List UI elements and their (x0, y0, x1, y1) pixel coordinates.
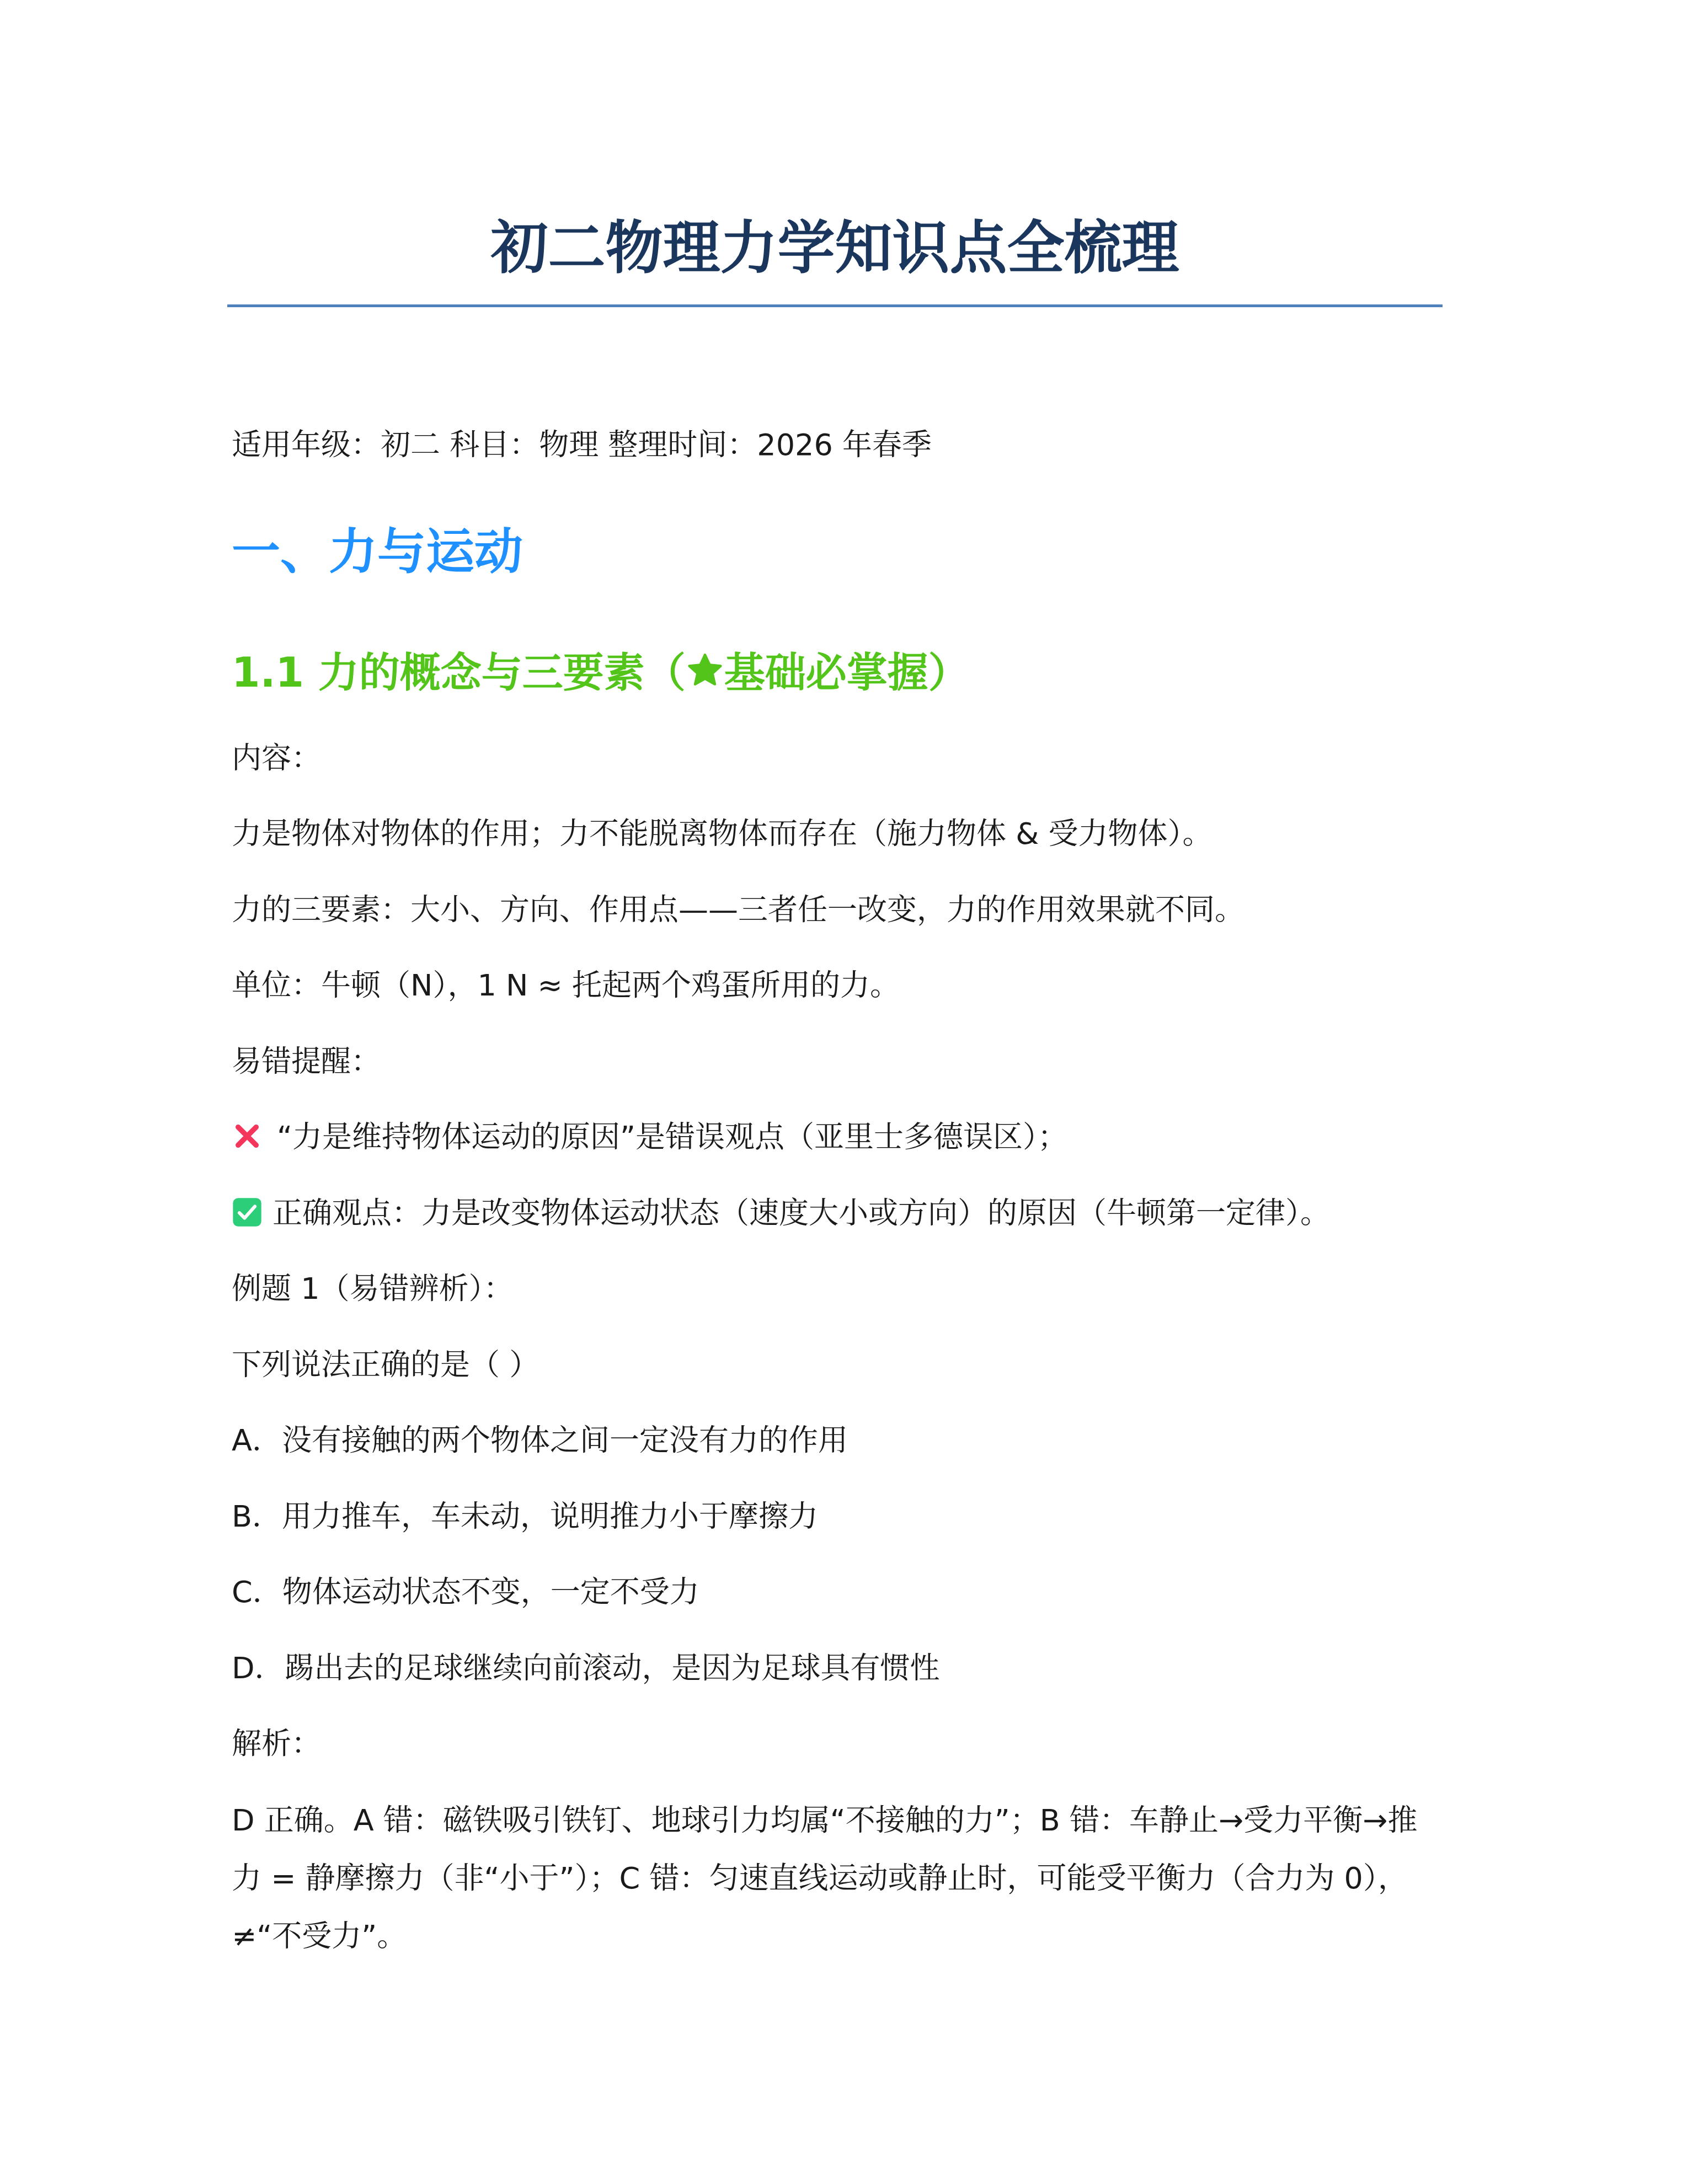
check-mark-icon (232, 1197, 263, 1237)
example-label: 例题 1（易错辨析）： (232, 1270, 514, 1308)
content-line: 力是物体对物体的作用；力不能脱离物体而存在（施力物体 & 受力物体）。 (232, 815, 1212, 853)
subsection-heading-suffix: 基础必掌握） (724, 649, 969, 697)
example-option-d: D．踢出去的足球继续向前滚动，是因为足球具有惯性 (232, 1649, 940, 1688)
subsection-heading: 1.1 力的概念与三要素（基础必掌握） (232, 645, 969, 704)
analysis-text: D 正确。A 错：磁铁吸引铁钉、地球引力均属“不接触的力”；B 错：车静止→受力… (232, 1791, 1445, 1965)
title-divider (227, 304, 1443, 307)
section-heading: 一、力与运动 (232, 521, 523, 582)
mistake-item: “力是维持物体运动的原因”是错误观点（亚里士多德误区）； (232, 1118, 1067, 1161)
correct-text: 正确观点：力是改变物体运动状态（速度大小或方向）的原因（牛顿第一定律）。 (273, 1196, 1330, 1230)
star-icon (686, 649, 724, 704)
example-question: 下列说法正确的是（ ） (232, 1346, 539, 1384)
example-option-a: A．没有接触的两个物体之间一定没有力的作用 (232, 1421, 848, 1460)
example-option-c: C．物体运动状态不变，一定不受力 (232, 1573, 699, 1612)
content-line: 单位：牛顿（N），1 N ≈ 托起两个鸡蛋所用的力。 (232, 966, 900, 1005)
subsection-heading-prefix: 1.1 力的概念与三要素（ (232, 649, 686, 697)
document-meta: 适用年级：初二 科目：物理 整理时间：2026 年春季 (232, 426, 932, 464)
correct-item: 正确观点：力是改变物体运动状态（速度大小或方向）的原因（牛顿第一定律）。 (232, 1194, 1330, 1237)
cross-mark-icon (232, 1121, 263, 1161)
content-label: 内容： (232, 739, 321, 778)
document-title: 初二物理力学知识点全梳理 (227, 212, 1443, 284)
example-option-b: B．用力推车，车未动，说明推力小于摩擦力 (232, 1497, 818, 1536)
mistakes-label: 易错提醒： (232, 1042, 381, 1081)
mistake-text: “力是维持物体运动的原因”是错误观点（亚里士多德误区）； (277, 1120, 1067, 1154)
content-line: 力的三要素：大小、方向、作用点——三者任一改变，力的作用效果就不同。 (232, 891, 1244, 929)
analysis-label: 解析： (232, 1725, 321, 1763)
